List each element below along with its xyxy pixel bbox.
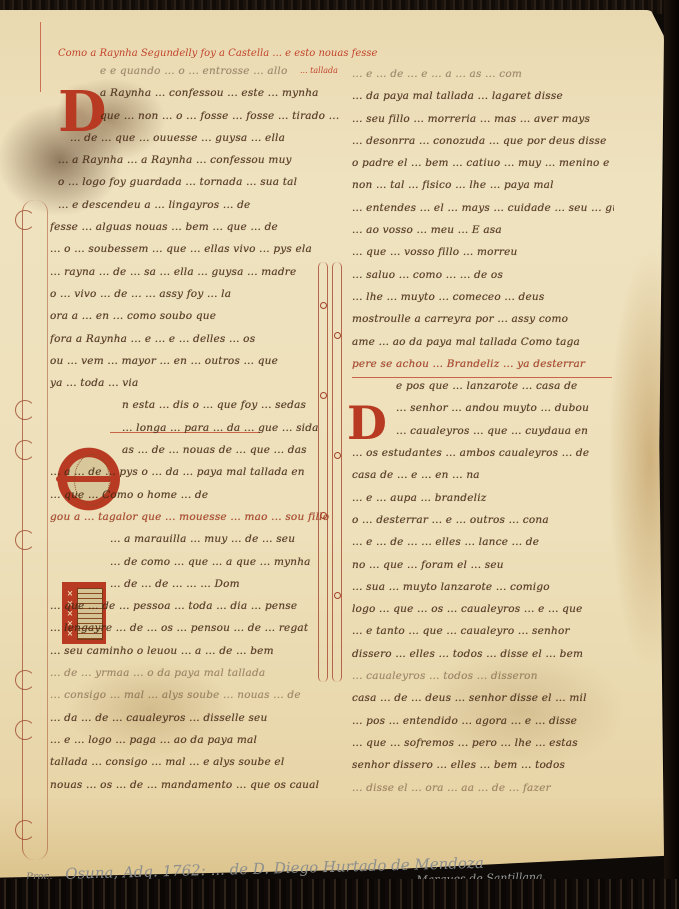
text-line: nouas ... os ... de ... mandamento ... q… [50, 774, 340, 796]
text-line: a Raynha ... confessou ... este ... mynh… [50, 82, 340, 104]
text-line: ... lhe ... muyto ... comeceo ... deus [352, 286, 614, 308]
text-line: ya ... toda ... via [50, 372, 340, 394]
curl-ornament-icon [15, 670, 35, 690]
margin-ruling-line [40, 22, 41, 92]
text-line: ... de ... de ... ... ... Dom [50, 573, 340, 595]
text-line: senhor dissero ... elles ... bem ... tod… [352, 754, 614, 776]
text-line: e e quando ... o ... entrosse ... allo [50, 60, 340, 82]
curl-ornament-icon [15, 530, 35, 550]
text-line: ... da ... de ... caualeyros ... dissell… [50, 707, 340, 729]
text-line: mostroulle a carreyra por ... assy como [352, 308, 614, 330]
text-line: ... e ... aupa ... brandeliz [352, 487, 614, 509]
text-line: ... longa ... para ... da ... gue ... si… [50, 417, 340, 439]
text-line: logo ... que ... os ... caualeyros ... e… [352, 598, 614, 620]
text-line: fesse ... alguas nouas ... bem ... que .… [50, 216, 340, 238]
text-line: ora a ... en ... como soubo que [50, 305, 340, 327]
curl-ornament-icon [15, 210, 35, 230]
text-line: ... saluo ... como ... ... de os [352, 264, 614, 286]
text-line: que ... non ... o ... fosse ... fosse ..… [50, 105, 340, 127]
text-line: ... disse el ... ora ... aa ... de ... f… [352, 777, 614, 799]
text-line: ... que ... de ... pessoa ... toda ... d… [50, 595, 340, 617]
text-line: ... e ... logo ... paga ... ao da paya m… [50, 729, 340, 751]
text-line: ... que ... vosso fillo ... morreu [352, 241, 614, 263]
text-line: ... e tanto ... que ... caualeyro ... se… [352, 620, 614, 642]
text-line: ... que ... Como o home ... de [50, 484, 340, 506]
text-line: ... entendes ... el ... mays ... cuidade… [352, 197, 614, 219]
text-line: ... a ... de ... pys o ... da ... paya m… [50, 461, 340, 483]
text-line: ... desonrra ... conozuda ... que por de… [352, 130, 614, 152]
text-line: ... senhor ... andou muyto ... dubou [352, 397, 614, 419]
text-line: ... que ... sofremos ... pero ... lhe ..… [352, 732, 614, 754]
text-line: ... lengayre ... de ... os ... pensou ..… [50, 617, 340, 639]
left-margin-border-decoration [22, 200, 48, 860]
text-line: ... a marauilla ... muy ... de ... seu [50, 528, 340, 550]
rubric-line: gou a ... tagalor que ... mouesse ... ma… [50, 506, 340, 528]
text-line: ... os estudantes ... ambos caualeyros .… [352, 442, 614, 464]
curl-ornament-icon [15, 720, 35, 740]
scan-right-shadow [664, 0, 679, 909]
text-line: ... e ... de ... e ... a ... as ... com [352, 63, 614, 85]
text-line: ... de ... que ... ouuesse ... guysa ...… [50, 127, 340, 149]
text-line: o ... vivo ... de ... ... assy foy ... l… [50, 283, 340, 305]
curl-ornament-icon [15, 440, 35, 460]
text-line: dissero ... elles ... todos ... disse el… [352, 643, 614, 665]
scan-bottom-edge [0, 879, 679, 909]
header-rubric: Como a Raynha Segundelly foy a Castella … [58, 48, 348, 59]
text-line: ... caualeyros ... todos ... disseron [352, 665, 614, 687]
text-line: o ... logo foy guardada ... tornada ... … [50, 171, 340, 193]
text-line: as ... de ... nouas de ... que ... das [50, 439, 340, 461]
text-line: ou ... vem ... mayor ... en ... outros .… [50, 350, 340, 372]
text-line: ... a Raynha ... a Raynha ... confessou … [50, 149, 340, 171]
text-line: o padre el ... bem ... catiuo ... muy ..… [352, 152, 614, 174]
text-line: ... consigo ... mal ... alys soube ... n… [50, 684, 340, 706]
text-line: tallada ... consigo ... mal ... e alys s… [50, 751, 340, 773]
text-line: o ... desterrar ... e ... outros ... con… [352, 509, 614, 531]
rubric-line: pere se achou ... Brandeliz ... ya deste… [352, 353, 614, 375]
text-line: ... seu caminho o leuou ... a ... de ...… [50, 640, 340, 662]
text-line: ... rayna ... de ... sa ... ella ... guy… [50, 261, 340, 283]
text-line: non ... tal ... fisico ... lhe ... paya … [352, 174, 614, 196]
text-line: casa de ... e ... en ... na [352, 464, 614, 486]
left-text-column: e e quando ... o ... entrosse ... allo a… [50, 60, 340, 796]
text-line: ... e descendeu a ... lingayros ... de [50, 194, 340, 216]
text-line: ... o ... soubessem ... que ... ellas vi… [50, 238, 340, 260]
curl-ornament-icon [15, 400, 35, 420]
text-line: n esta ... dis o ... que foy ... sedas [50, 394, 340, 416]
curl-ornament-icon [15, 820, 35, 840]
text-line: ... pos ... entendido ... agora ... e ..… [352, 710, 614, 732]
text-line: casa ... de ... deus ... senhor disse el… [352, 687, 614, 709]
text-line: ame ... ao da paya mal tallada Como taga [352, 331, 614, 353]
text-line: ... e ... de ... ... elles ... lance ...… [352, 531, 614, 553]
right-text-column: ... e ... de ... e ... a ... as ... com … [352, 63, 614, 799]
text-line: ... da paya mal tallada ... lagaret diss… [352, 85, 614, 107]
text-line: ... seu fillo ... morreria ... mas ... a… [352, 108, 614, 130]
text-line: ... de ... yrmaa ... o da paya mal talla… [50, 662, 340, 684]
text-line: fora a Raynha ... e ... e ... delles ...… [50, 328, 340, 350]
text-line: ... de como ... que ... a que ... mynha [50, 551, 340, 573]
text-line: ... sua ... muyto lanzarote ... comigo [352, 576, 614, 598]
text-line: ... caualeyros ... que ... cuydaua en [352, 420, 614, 442]
text-line: no ... que ... foram el ... seu [352, 554, 614, 576]
text-line: e pos que ... lanzarote ... casa de [352, 375, 614, 397]
text-line: ... ao vosso ... meu ... E asa [352, 219, 614, 241]
